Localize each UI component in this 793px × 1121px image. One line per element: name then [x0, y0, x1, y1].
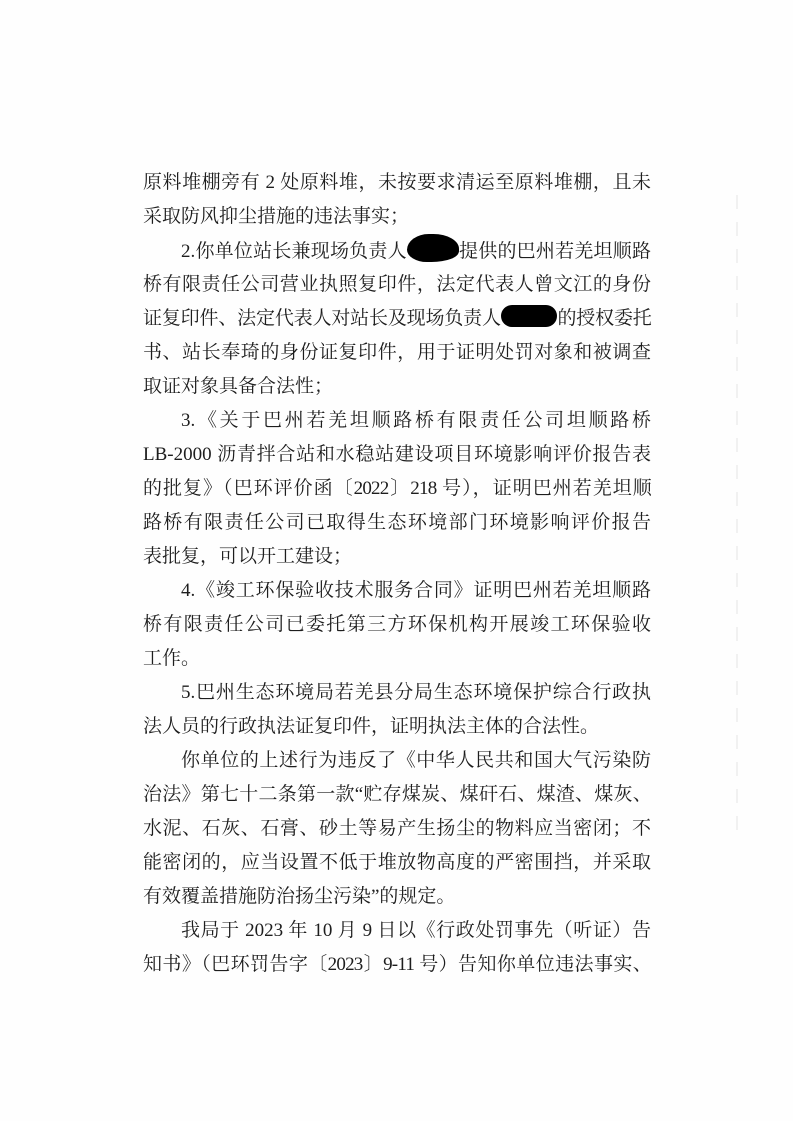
text-run: 能密闭的，应当设置不低于堆放物高度的严密围挡，并采取 — [143, 852, 651, 873]
document-line: 取证对象具备合法性； — [143, 370, 651, 404]
text-run: 你单位的上述行为违反了《中华人民共和国大气污染防 — [181, 750, 651, 771]
document-page: 原料堆棚旁有 2 处原料堆，未按要求清运至原料堆棚，且未采取防风抑尘措施的违法事… — [0, 0, 793, 1121]
text-run: 桥有限责任公司营业执照复印件，法定代表人曾文江的身份 — [143, 274, 651, 295]
document-line: 表批复，可以开工建设； — [143, 540, 651, 574]
redaction-mark — [407, 234, 459, 262]
text-run: 的授权委托 — [557, 308, 651, 329]
text-run: 知书》（巴环罚告字〔2023〕9-11 号）告知你单位违法事实、 — [143, 954, 651, 975]
document-line: LB-2000 沥青拌合站和水稳站建设项目环境影响评价报告表 — [143, 438, 651, 472]
text-run: 表批复，可以开工建设； — [143, 546, 352, 567]
text-run: 取证对象具备合法性； — [143, 376, 333, 397]
text-run: 提供的巴州若羌坦顺路 — [459, 241, 651, 262]
document-line: 桥有限责任公司营业执照复印件，法定代表人曾文江的身份 — [143, 268, 651, 302]
document-line: 知书》（巴环罚告字〔2023〕9-11 号）告知你单位违法事实、 — [143, 948, 651, 982]
document-line: 的批复》（巴环评价函〔2022〕218 号），证明巴州若羌坦顺 — [143, 472, 651, 506]
redaction-mark — [501, 305, 557, 327]
text-run: 桥有限责任公司已委托第三方环保机构开展竣工环保验收 — [143, 614, 651, 635]
document-line: 你单位的上述行为违反了《中华人民共和国大气污染防 — [143, 744, 651, 778]
text-run: 治法》第七十二条第一款“贮存煤炭、煤矸石、煤渣、煤灰、 — [143, 784, 651, 805]
document-line: 4.《竣工环保验收技术服务合同》证明巴州若羌坦顺路 — [143, 574, 651, 608]
text-run: 的批复》（巴环评价函〔2022〕218 号），证明巴州若羌坦顺 — [143, 478, 651, 499]
text-run: 书、站长奉琦的身份证复印件，用于证明处罚对象和被调查 — [143, 342, 651, 363]
document-line: 2.你单位站长兼现场负责人提供的巴州若羌坦顺路 — [143, 234, 651, 268]
document-line: 原料堆棚旁有 2 处原料堆，未按要求清运至原料堆棚，且未 — [143, 166, 651, 200]
text-run: 证复印件、法定代表人对站长及现场负责人 — [143, 308, 501, 329]
text-run: 有效覆盖措施防治扬尘污染”的规定。 — [143, 886, 455, 907]
document-line: 桥有限责任公司已委托第三方环保机构开展竣工环保验收 — [143, 608, 651, 642]
document-line: 采取防风抑尘措施的违法事实； — [143, 200, 651, 234]
text-run: 法人员的行政执法证复印件，证明执法主体的合法性。 — [143, 716, 599, 737]
document-line: 路桥有限责任公司已取得生态环境部门环境影响评价报告 — [143, 506, 651, 540]
document-line: 3.《关于巴州若羌坦顺路桥有限责任公司坦顺路桥 — [143, 404, 651, 438]
text-run: 4.《竣工环保验收技术服务合同》证明巴州若羌坦顺路 — [181, 580, 651, 601]
document-body: 原料堆棚旁有 2 处原料堆，未按要求清运至原料堆棚，且未采取防风抑尘措施的违法事… — [143, 166, 651, 982]
text-run: LB-2000 沥青拌合站和水稳站建设项目环境影响评价报告表 — [143, 444, 651, 465]
text-run: 采取防风抑尘措施的违法事实； — [143, 206, 409, 227]
document-line: 我局于 2023 年 10 月 9 日以《行政处罚事先（听证）告 — [143, 914, 651, 948]
document-line: 有效覆盖措施防治扬尘污染”的规定。 — [143, 880, 651, 914]
document-line: 书、站长奉琦的身份证复印件，用于证明处罚对象和被调查 — [143, 336, 651, 370]
text-run: 水泥、石灰、石膏、砂土等易产生扬尘的物料应当密闭；不 — [143, 818, 651, 839]
document-line: 治法》第七十二条第一款“贮存煤炭、煤矸石、煤渣、煤灰、 — [143, 778, 651, 812]
scan-edge-artifact — [736, 195, 738, 835]
text-run: 我局于 2023 年 10 月 9 日以《行政处罚事先（听证）告 — [181, 920, 651, 941]
document-line: 证复印件、法定代表人对站长及现场负责人的授权委托 — [143, 302, 651, 336]
text-run: 2.你单位站长兼现场负责人 — [181, 241, 407, 262]
text-run: 3.《关于巴州若羌坦顺路桥有限责任公司坦顺路桥 — [181, 410, 651, 431]
text-run: 工作。 — [143, 648, 200, 669]
document-line: 法人员的行政执法证复印件，证明执法主体的合法性。 — [143, 710, 651, 744]
document-line: 工作。 — [143, 642, 651, 676]
text-run: 5.巴州生态环境局若羌县分局生态环境保护综合行政执 — [181, 682, 651, 703]
document-line: 水泥、石灰、石膏、砂土等易产生扬尘的物料应当密闭；不 — [143, 812, 651, 846]
text-run: 路桥有限责任公司已取得生态环境部门环境影响评价报告 — [143, 512, 651, 533]
document-line: 5.巴州生态环境局若羌县分局生态环境保护综合行政执 — [143, 676, 651, 710]
text-run: 原料堆棚旁有 2 处原料堆，未按要求清运至原料堆棚，且未 — [143, 172, 651, 193]
document-line: 能密闭的，应当设置不低于堆放物高度的严密围挡，并采取 — [143, 846, 651, 880]
